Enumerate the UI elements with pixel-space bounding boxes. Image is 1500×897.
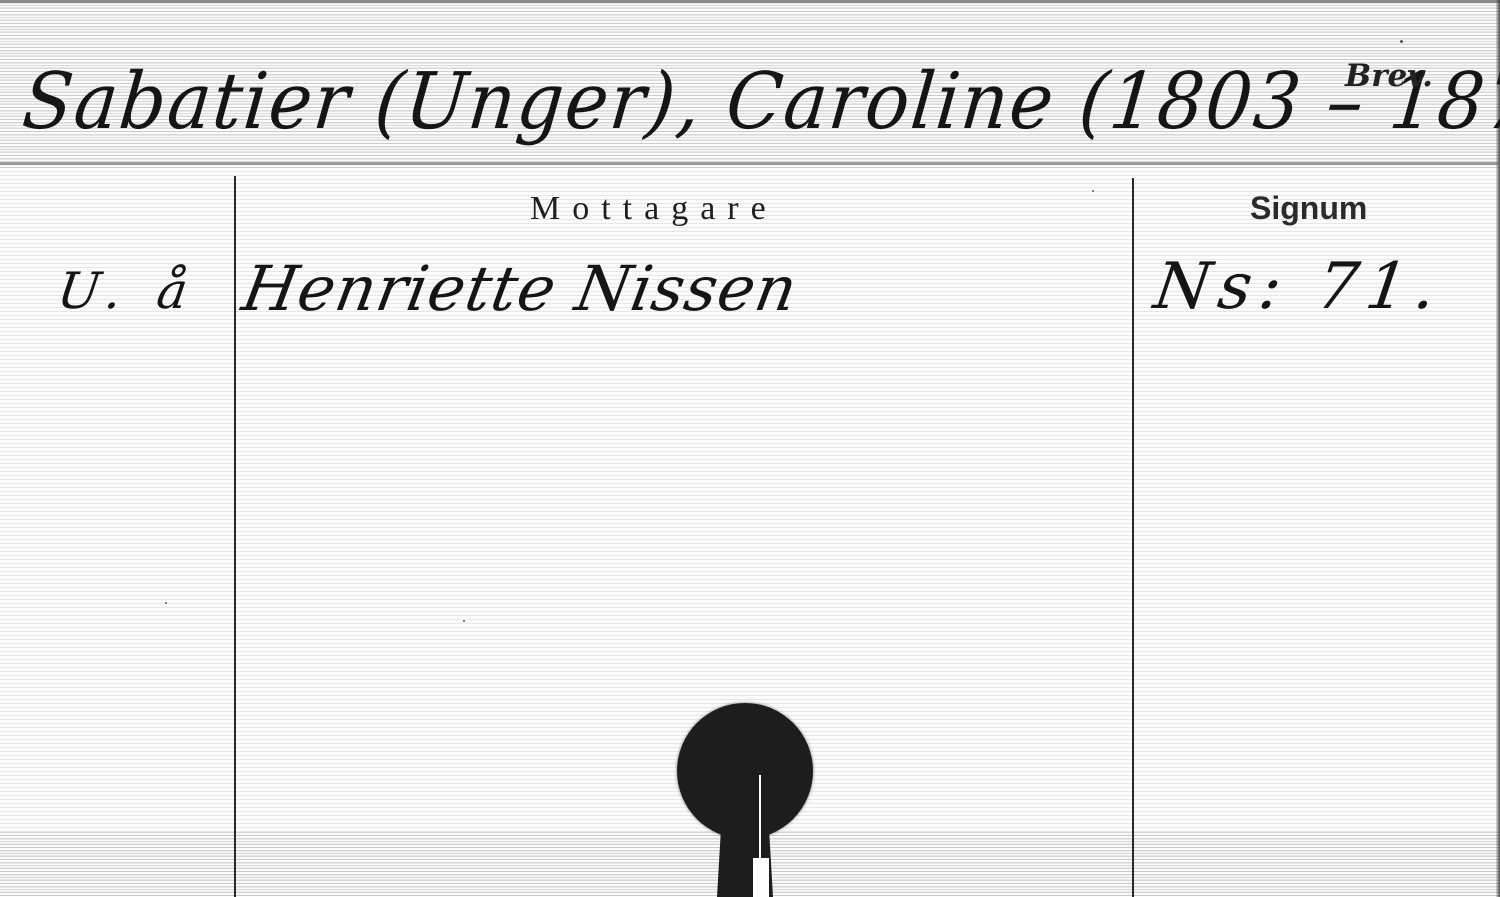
paper-speck bbox=[1092, 190, 1094, 192]
column-header-mottagare: Mottagare bbox=[530, 190, 778, 228]
card-heading-handwritten: Sabatier (Unger), Caroline (1803 – 1877) bbox=[18, 52, 1500, 152]
entry-left-note: U. å bbox=[54, 262, 201, 320]
card-type-label: Brev. bbox=[1345, 58, 1433, 94]
column-divider-right bbox=[1132, 178, 1134, 897]
paper-speck bbox=[1400, 40, 1403, 43]
punch-hole-icon bbox=[677, 703, 813, 839]
entry-recipient: Henriette Nissen bbox=[237, 252, 803, 325]
heading-rule bbox=[0, 162, 1500, 165]
paper-speck bbox=[463, 620, 465, 622]
card-top-edge bbox=[0, 0, 1500, 3]
punch-hole-notch bbox=[753, 858, 769, 897]
paper-speck bbox=[165, 602, 167, 604]
column-header-signum: Signum bbox=[1250, 190, 1367, 227]
archive-index-card: Sabatier (Unger), Caroline (1803 – 1877)… bbox=[0, 0, 1500, 897]
entry-signum: Ns: 71. bbox=[1150, 250, 1449, 324]
punch-hole-scratch bbox=[759, 775, 761, 870]
column-divider-left bbox=[234, 176, 236, 897]
